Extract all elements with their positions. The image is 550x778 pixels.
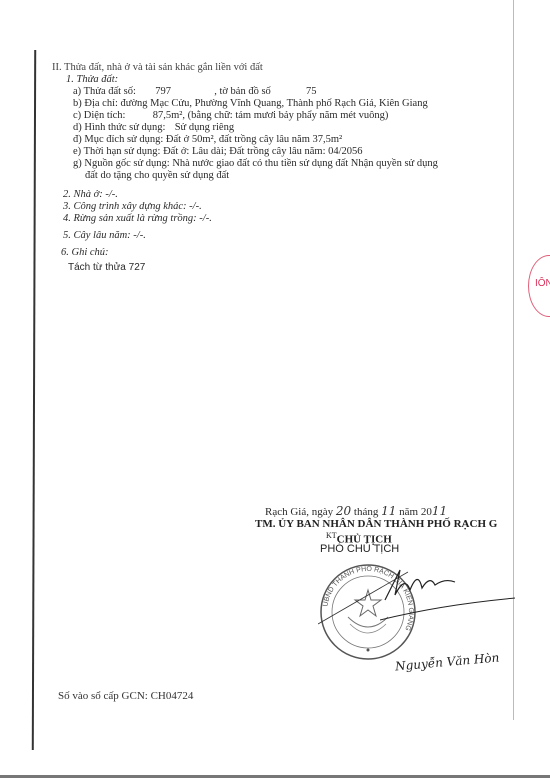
house-label: 2. Nhà ở: <box>63 189 103 200</box>
area-row: c) Diện tích: 87,5m², (bằng chữ: tám mươ… <box>73 110 388 122</box>
usage-origin-value: Nhà nước giao đất có thu tiền sử dụng đấ… <box>172 158 438 169</box>
usage-term-row: e) Thời hạn sử dụng: Đất ở: Lâu dài; Đất… <box>73 146 363 158</box>
other-construction-row: 3. Công trình xây dựng khác: -/-. <box>63 201 202 213</box>
vice-chair-title: PHÓ CHỦ TỊCH <box>320 543 399 555</box>
note-value: Tách từ thửa 727 <box>68 262 145 274</box>
other-construction-label: 3. Công trình xây dựng khác: <box>63 201 187 212</box>
page-left-border <box>32 50 36 750</box>
perennial-trees-value: -/-. <box>133 230 146 241</box>
parcel-number-value: 797 <box>155 86 171 97</box>
area-label: c) Diện tích: <box>73 110 125 121</box>
perennial-trees-row: 5. Cây lâu năm: -/-. <box>63 230 146 242</box>
handwritten-signature-icon <box>380 560 520 630</box>
house-row: 2. Nhà ở: -/-. <box>63 189 118 201</box>
usage-form-row: d) Hình thức sử dụng: Sử dụng riêng <box>73 122 234 134</box>
date-year-suffix: 11 <box>432 504 447 518</box>
usage-purpose-value: Đất ở 50m², đất trồng cây lâu năm 37,5m² <box>166 134 342 145</box>
production-forest-row: 4. Rừng sản xuất là rừng trồng: -/-. <box>63 213 212 225</box>
house-value: -/-. <box>105 189 118 200</box>
perennial-trees-label: 5. Cây lâu năm: <box>63 230 131 241</box>
side-red-stamp: IÔN <box>528 255 550 317</box>
address-value: đường Mạc Cửu, Phường Vĩnh Quang, Thành … <box>121 98 428 109</box>
production-forest-value: -/-. <box>199 213 212 224</box>
month-label: tháng <box>354 506 378 518</box>
date-month: 11 <box>381 504 396 518</box>
parcel-number-row: a) Thửa đất số: 797 , tờ bản đồ số 75 <box>73 86 317 98</box>
map-sheet-label: , tờ bản đồ số <box>214 86 271 97</box>
usage-origin-label: g) Nguồn gốc sử dụng: <box>73 158 170 169</box>
parcel-number-label: a) Thửa đất số: <box>73 86 136 97</box>
usage-purpose-row: đ) Mục đích sử dụng: Đất ở 50m², đất trồ… <box>73 134 342 146</box>
area-value: 87,5m², (bằng chữ: tám mươi bảy phẩy năm… <box>153 110 389 121</box>
usage-origin-row: g) Nguồn gốc sử dụng: Nhà nước giao đất … <box>73 158 438 170</box>
date-day: 20 <box>336 504 351 518</box>
other-construction-value: -/-. <box>189 201 202 212</box>
year-label: năm 20 <box>399 506 432 518</box>
chair-prefix: KT <box>326 531 337 540</box>
address-row: b) Địa chỉ: đường Mạc Cửu, Phường Vĩnh Q… <box>73 98 428 110</box>
organization-title: TM. ỦY BAN NHÂN DÂN THÀNH PHỐ RẠCH G <box>255 518 497 530</box>
date-prefix: Rạch Giá, ngày <box>265 506 333 518</box>
usage-form-value: Sử dụng riêng <box>175 122 234 133</box>
usage-term-label: e) Thời hạn sử dụng: <box>73 146 160 157</box>
usage-origin-value-line2: đất do tặng cho quyền sử dụng đất <box>85 170 229 182</box>
usage-form-label: d) Hình thức sử dụng: <box>73 122 165 133</box>
land-parcel-heading: 1. Thửa đất: <box>66 74 118 86</box>
section-title: II. Thửa đất, nhà ở và tài sản khác gắn … <box>52 62 263 74</box>
register-value: CH04724 <box>151 690 194 702</box>
production-forest-label: 4. Rừng sản xuất là rừng trồng: <box>63 213 197 224</box>
register-label: Số vào sổ cấp GCN: <box>58 690 148 702</box>
date-line: Rạch Giá, ngày 20 tháng 11 năm 2011 <box>265 505 447 518</box>
usage-purpose-label: đ) Mục đích sử dụng: <box>73 134 163 145</box>
usage-term-value: Đất ở: Lâu dài; Đất trồng cây lâu năm: 0… <box>163 146 362 157</box>
map-sheet-value: 75 <box>306 86 317 97</box>
note-label: 6. Ghi chú: <box>61 247 109 259</box>
register-row: Số vào sổ cấp GCN: CH04724 <box>58 690 193 702</box>
address-label: b) Địa chỉ: <box>73 98 118 109</box>
